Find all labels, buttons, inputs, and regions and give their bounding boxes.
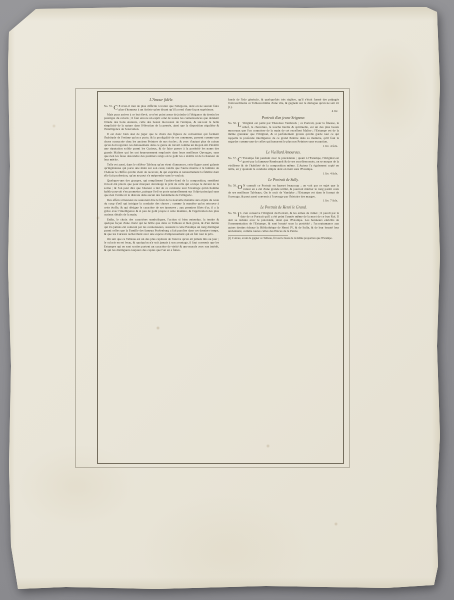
drop-cap: C [237,155,241,163]
paragraph-58: No. 58.O N connoît ce Portrait en fausse… [228,184,339,199]
section-heading-sully: Le Portrait de Sully. [228,178,339,182]
paragraph: Enfin, le choix des caractères symboliqu… [104,218,219,236]
paragraph-text: Mais pour arriver à ce but élevé, ce n'e… [104,113,219,131]
paragraph-number: No. 58. [228,184,237,187]
paragraph-text: N connoît ce Portrait en fausset beaucou… [228,184,339,198]
paper-sheet: L'Amour fidèle. No. 55.C E n'est-il rien… [6,6,443,592]
continuation-paragraph: fonds de l'isle générale, & quelquefois … [228,98,339,109]
footnote: (1) L'Avare, avant de gagner ce Tableau,… [228,237,339,240]
paragraph-56: No. 56.L 'Original est peint par Théodor… [228,122,339,144]
section-heading-jeune-seigneur: Portrait d'un jeune Seigneur. [228,116,339,120]
paragraph-text: Telle est aussi, dans le célèbre Tableau… [104,163,219,177]
paragraph-text: L s'en conserve l'Original du Portrait, … [228,211,339,233]
paragraph-56-lead: No. 56.L [228,122,241,128]
paragraph-55-lead: No. 55.C [104,104,118,110]
paragraph: Telle est aussi, dans le célèbre Tableau… [104,163,219,178]
paragraph-text: E n'est-il rien de plus difficile à trai… [119,104,219,111]
right-column-text: fonds de l'isle générale, & quelquefois … [228,98,339,240]
drop-cap: L [237,121,241,129]
paragraph-number: No. 56. [228,122,237,125]
paper-shadow-wrap: L'Amour fidèle. No. 55.C E n'est-il rien… [0,0,454,600]
paragraph-57-lead: No. 57.C [228,156,242,162]
paragraph-58-lead: No. 58.O [228,184,242,190]
paragraph: Mais pour arriver à ce but élevé, ce n'e… [104,113,219,131]
paragraph-59-lead: No. 59.I [228,211,240,217]
paragraph-57: No. 57.C 'Estampe fait pendant avec la p… [228,156,339,171]
paragraph: Quelques-uns des groupes, qui remplissen… [104,179,219,197]
paragraph-text: On sait que ce Tableau est un des plus c… [104,238,219,252]
drop-cap: O [237,183,242,191]
section-heading-vieillard: Le Vieillard Amoureux. [228,151,339,155]
paragraph-text: fonds de l'isle générale, & quelquefois … [228,98,339,109]
left-column-text: L'Amour fidèle. No. 55.C E n'est-il rien… [104,98,219,252]
paragraph-number: No. 55. [104,105,113,108]
paragraph-text: Des effets si heureux ne sauroient être … [104,198,219,216]
section-heading-henri-le-grand: Le Portrait de Henri le Grand. [228,205,339,209]
ruled-frame: L'Amour fidèle. No. 55.C E n'est-il rien… [97,91,344,464]
paragraph-text: 'Original est peint par Théodore Vanbruc… [228,122,339,144]
drop-cap: I [237,210,239,218]
price-label: 4 liv. [228,110,338,114]
paragraph-number: No. 57. [228,157,237,160]
paragraph: Des effets si heureux ne sauroient être … [104,198,219,216]
paragraph-text: Enfin, le choix des caractères symboliqu… [104,218,219,236]
price-label: 1 liv. 4 fols. [228,172,338,176]
paragraph: Il est donc bien aisé de juger que le ch… [104,133,219,162]
paragraph-text: 'Estampe fait pendant avec la précédente… [228,156,339,170]
page-title: L'Amour fidèle. [104,98,219,102]
paragraph-55: No. 55.C E n'est-il rien de plus diffici… [104,104,219,111]
paragraph-59: No. 59.I L s'en conserve l'Original du P… [228,211,339,233]
paragraph-number: No. 59. [228,212,237,215]
text-block: L'Amour fidèle. No. 55.C E n'est-il rien… [98,92,343,409]
screenshot-root: { "colors": { "background_gray": "#8e8e9… [0,0,454,600]
price-label: 1 liv. 4 fols. [228,144,338,148]
price-label: 1 liv. 7 fols. [228,199,338,203]
right-column: fonds de l'isle générale, & quelquefois … [228,98,339,409]
left-column: L'Amour fidèle. No. 55.C E n'est-il rien… [104,98,219,409]
paragraph-text: Il est donc bien aisé de juger que le ch… [104,133,219,162]
paragraph: On sait que ce Tableau est un des plus c… [104,238,219,253]
paragraph-text: Quelques-uns des groupes, qui remplissen… [104,179,219,197]
drop-cap: C [113,103,117,111]
